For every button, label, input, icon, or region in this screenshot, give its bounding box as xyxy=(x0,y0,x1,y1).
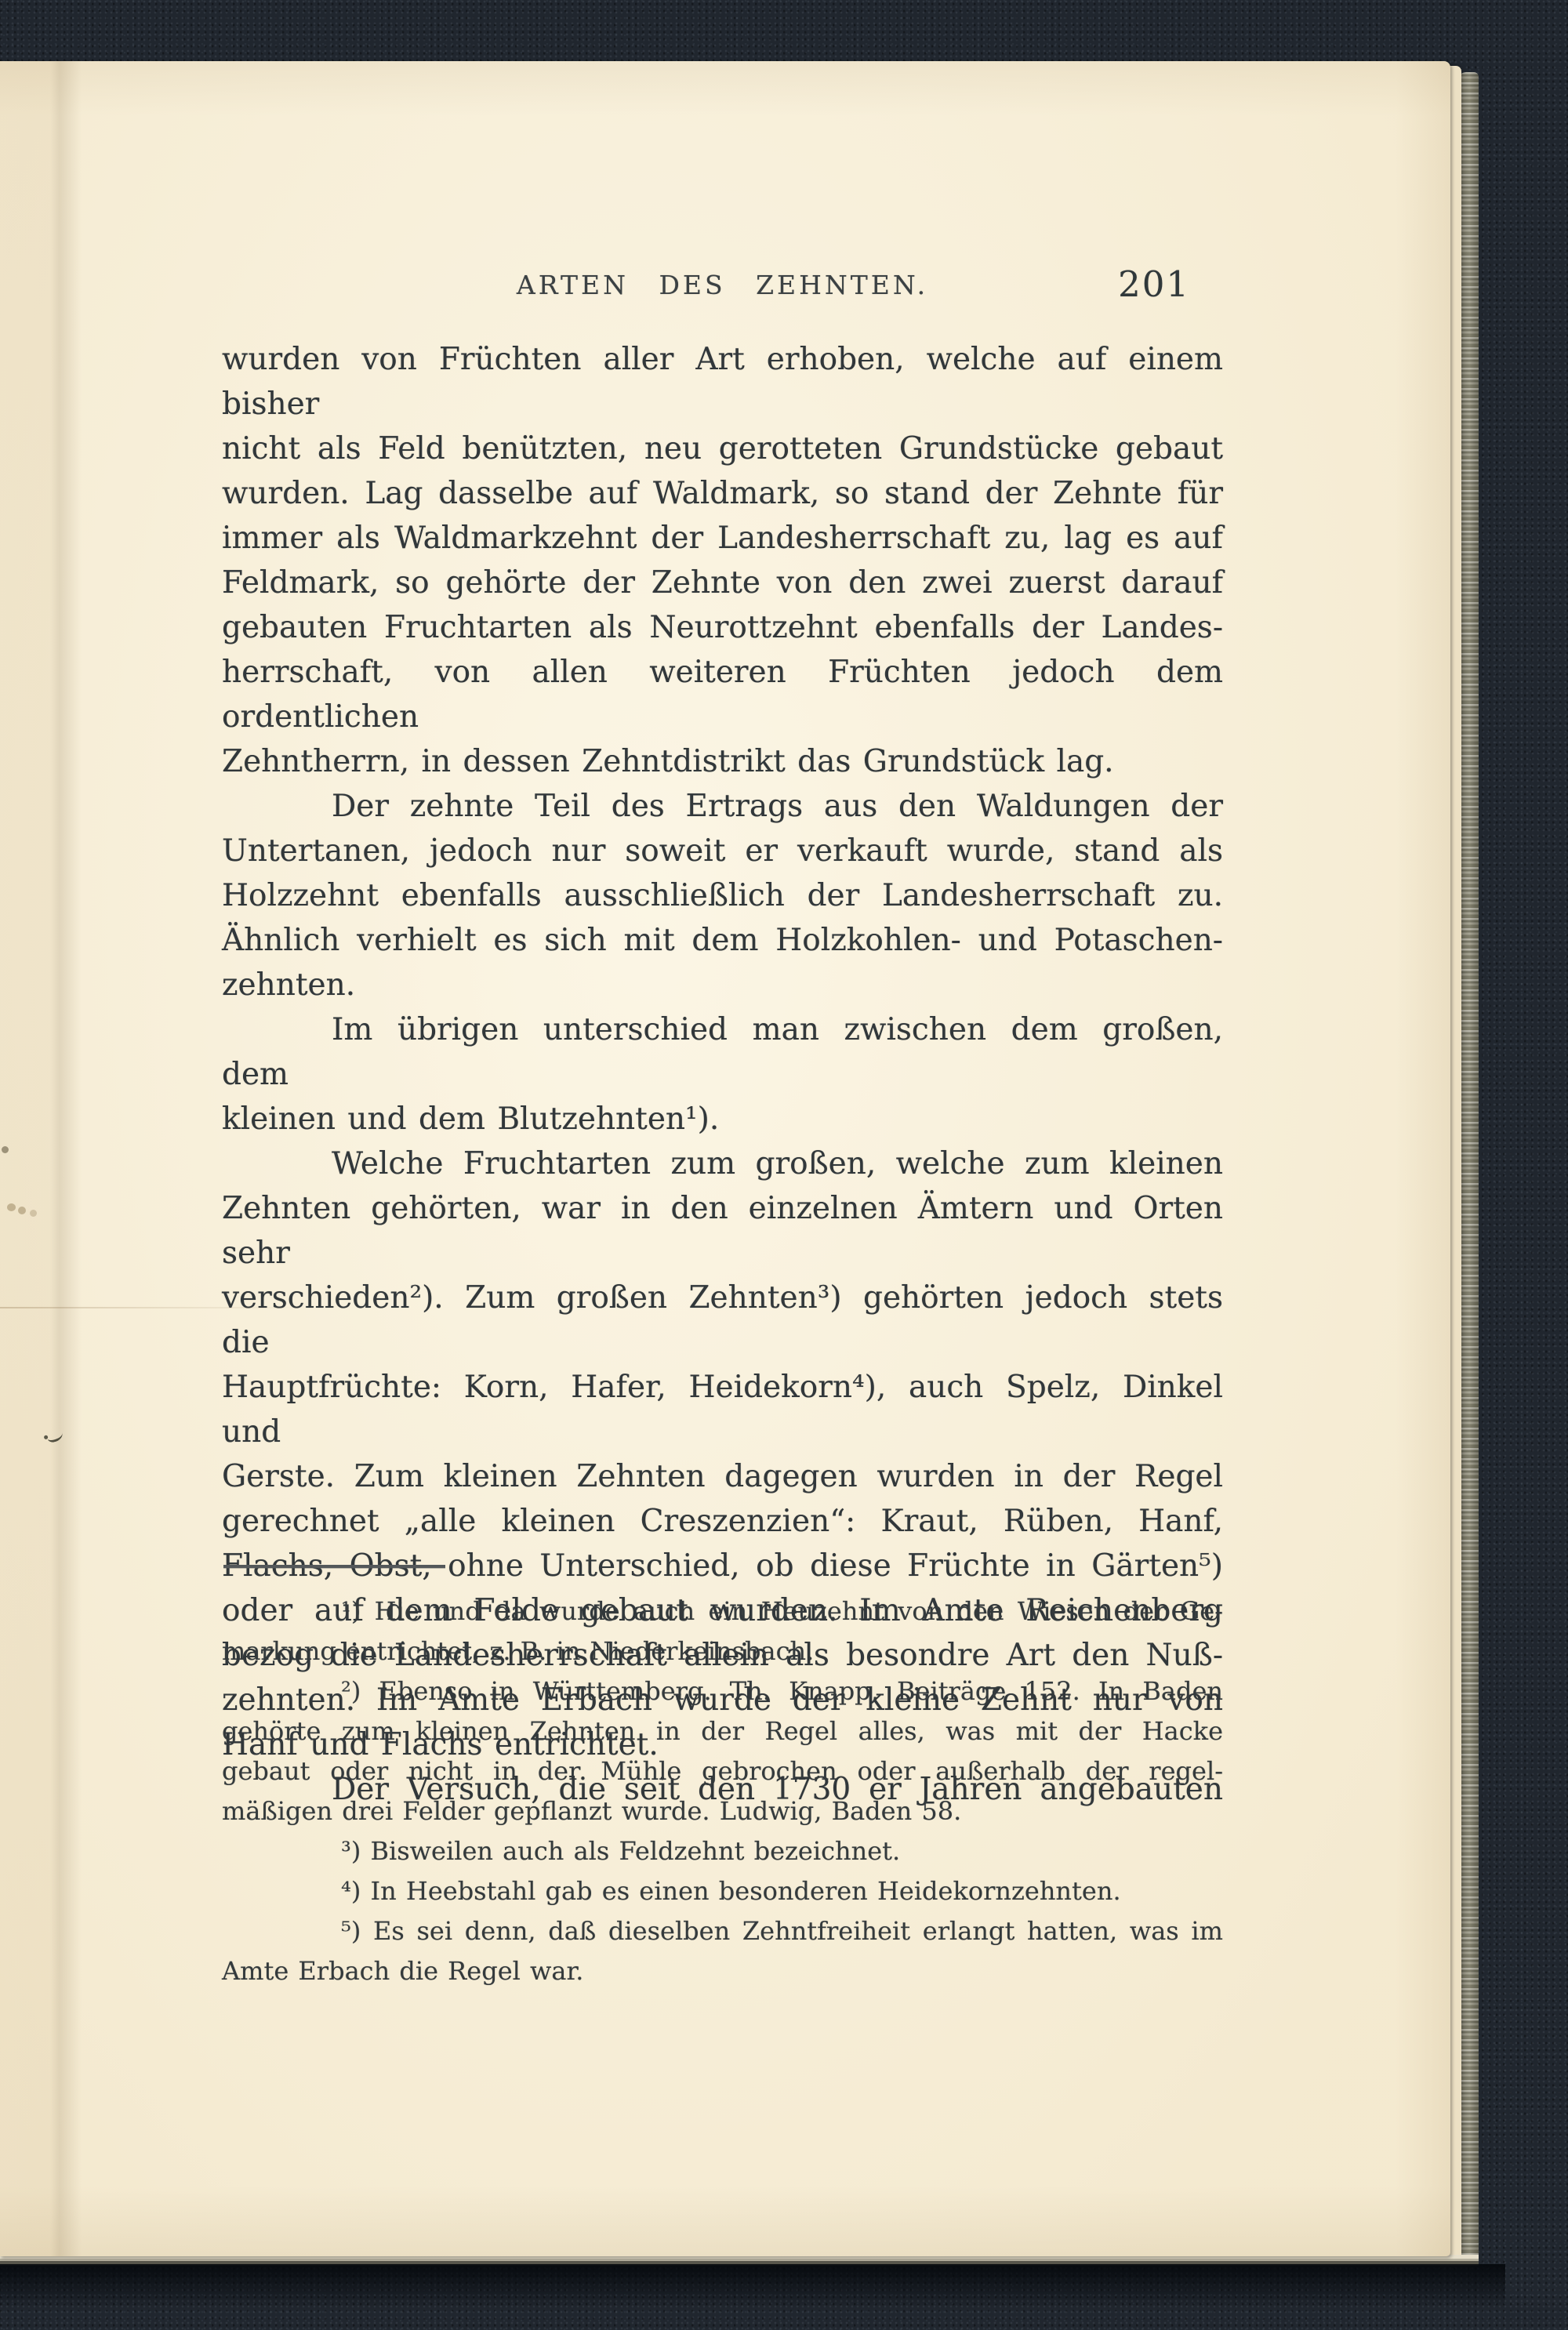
text-line: kleinen und dem Blutzehnten¹). xyxy=(222,1097,1223,1141)
footnote-line: ²) Ebenso in Württemberg. Th. Knapp, Bei… xyxy=(222,1671,1223,1711)
text-line: Zehnten gehörten, war in den einzelnen Ä… xyxy=(222,1186,1223,1276)
page-number: 201 xyxy=(1118,263,1190,305)
text-line: Untertanen, jedoch nur soweit er verkauf… xyxy=(222,829,1223,873)
text-line: wurden. Lag dasselbe auf Waldmark, so st… xyxy=(222,471,1223,516)
text-line: immer als Waldmarkzehnt der Landesherrsc… xyxy=(222,516,1223,561)
paragraph: ¹) Hie und da wurde auch ein Heuzehnt vo… xyxy=(222,1591,1223,1671)
paper-crease xyxy=(0,1307,337,1308)
text-line: Der zehnte Teil des Ertrags aus den Wald… xyxy=(222,784,1223,829)
footnote-line: gebaut oder nicht in der Mühle gebrochen… xyxy=(222,1751,1223,1791)
body-text: wurden von Früchten aller Art erhoben, w… xyxy=(222,337,1223,1812)
text-line: zehnten. xyxy=(222,963,1223,1007)
footnote-divider-rule xyxy=(223,1565,445,1568)
margin-ink-mark xyxy=(45,1428,64,1443)
footnote-line: ³) Bisweilen auch als Feldzehnt bezeichn… xyxy=(222,1831,1223,1871)
footnotes: ¹) Hie und da wurde auch ein Heuzehnt vo… xyxy=(222,1591,1223,1991)
paper-speck xyxy=(18,1207,26,1214)
book-page: ARTEN DES ZEHNTEN. 201 wurden von Frücht… xyxy=(0,61,1450,2256)
text-line: nicht als Feld benützten, neu gerotteten… xyxy=(222,426,1223,471)
paragraph: ³) Bisweilen auch als Feldzehnt bezeichn… xyxy=(222,1831,1223,1871)
paper-speck xyxy=(2,1146,9,1153)
footnote-line: Amte Erbach die Regel war. xyxy=(222,1951,1223,1991)
footnote-line: markung entrichtet, z. B. in Niederkeins… xyxy=(222,1631,1223,1671)
footnote-line: gehörte zum kleinen Zehnten in der Regel… xyxy=(222,1711,1223,1751)
running-title: ARTEN DES ZEHNTEN. xyxy=(222,270,1223,300)
paper-speck xyxy=(7,1203,16,1211)
paper-speck xyxy=(30,1210,37,1217)
footnote-line: ¹) Hie und da wurde auch ein Heuzehnt vo… xyxy=(222,1591,1223,1631)
text-line: wurden von Früchten aller Art erhoben, w… xyxy=(222,337,1223,426)
text-line: Holzzehnt ebenfalls ausschließlich der L… xyxy=(222,873,1223,918)
text-line: Zehntherrn, in dessen Zehntdistrikt das … xyxy=(222,739,1223,784)
paragraph: Im übrigen unterschied man zwischen dem … xyxy=(222,1007,1223,1141)
page-header: ARTEN DES ZEHNTEN. 201 xyxy=(222,270,1223,320)
text-line: Gerste. Zum kleinen Zehnten dagegen wurd… xyxy=(222,1454,1223,1499)
paragraph: Der zehnte Teil des Ertrags aus den Wald… xyxy=(222,784,1223,1007)
paragraph: wurden von Früchten aller Art erhoben, w… xyxy=(222,337,1223,784)
paragraph: ⁵) Es sei denn, daß dieselben Zehntfreih… xyxy=(222,1911,1223,1991)
text-line: Feldmark, so gehörte der Zehnte von den … xyxy=(222,561,1223,605)
footnote-line: ⁴) In Heebstahl gab es einen besonderen … xyxy=(222,1871,1223,1911)
text-line: Welche Fruchtarten zum großen, welche zu… xyxy=(222,1141,1223,1186)
text-line: Ähnlich verhielt es sich mit dem Holzkoh… xyxy=(222,918,1223,963)
page-drop-shadow xyxy=(0,2264,1505,2310)
text-line: Hauptfrüchte: Korn, Hafer, Heidekorn⁴), … xyxy=(222,1365,1223,1454)
text-line: Im übrigen unterschied man zwischen dem … xyxy=(222,1007,1223,1097)
footnote-line: ⁵) Es sei denn, daß dieselben Zehntfreih… xyxy=(222,1911,1223,1951)
paragraph: ⁴) In Heebstahl gab es einen besonderen … xyxy=(222,1871,1223,1911)
text-line: gebauten Fruchtarten als Neurottzehnt eb… xyxy=(222,605,1223,650)
text-line: gerechnet „alle kleinen Creszenzien“: Kr… xyxy=(222,1499,1223,1544)
scanned-book-photo: ARTEN DES ZEHNTEN. 201 wurden von Frücht… xyxy=(0,0,1568,2330)
footnote-line: mäßigen drei Felder gepflanzt wurde. Lud… xyxy=(222,1791,1223,1831)
text-line: herrschaft, von allen weiteren Früchten … xyxy=(222,650,1223,739)
text-line: verschieden²). Zum großen Zehnten³) gehö… xyxy=(222,1276,1223,1365)
paragraph: ²) Ebenso in Württemberg. Th. Knapp, Bei… xyxy=(222,1671,1223,1831)
